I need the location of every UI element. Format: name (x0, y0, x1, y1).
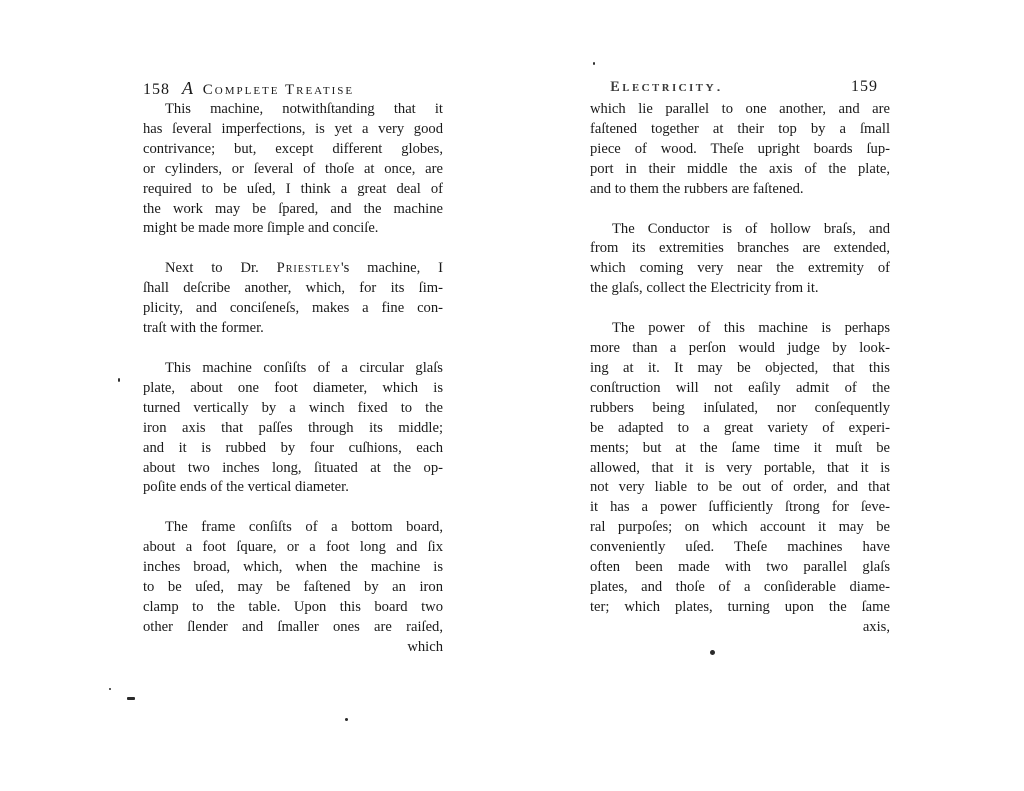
running-head: 158 A Complete Treatise (143, 78, 443, 100)
text-line: often been made with two parallel glaſs (590, 558, 890, 578)
text-line: turned vertically by a winch fixed to th… (143, 399, 443, 419)
text-line: be adapted to a great variety of experi- (590, 419, 890, 439)
text-line: Next to Dr. Priestley's machine, I (143, 259, 443, 279)
text-line: not very liable to be out of order, and … (590, 478, 890, 498)
text-line: it has a power ſufficiently ſtrong for ſ… (590, 498, 890, 518)
text-line: rubbers being inſulated, nor conſequentl… (590, 399, 890, 419)
text-line: to be uſed, may be faſtened by an iron (143, 578, 443, 598)
running-head: Electricity. 159 (590, 78, 890, 100)
text-line: ral purpoſes; on which account it may be (590, 518, 890, 538)
text-line: or cylinders, or ſeveral of thoſe at onc… (143, 160, 443, 180)
text-line: conveniently uſed. Theſe machines have (590, 538, 890, 558)
text-line: plate, about one foot diameter, which is (143, 379, 443, 399)
text-line: iron axis that paſſes through its middle… (143, 419, 443, 439)
text-line: has ſeveral imperfections, is yet a very… (143, 120, 443, 140)
text-line: traſt with the former. (143, 319, 443, 339)
text-line: inches broad, which, when the machine is (143, 558, 443, 578)
text-line: the glaſs, collect the Electricity from … (590, 279, 890, 299)
text-line: plates, and thoſe of a conſiderable diam… (590, 578, 890, 598)
text-line: required to be uſed, I think a great dea… (143, 180, 443, 200)
catchword: which (143, 638, 443, 658)
page-number: 159 (851, 78, 878, 96)
paragraph: This machine conſiſts of a circular glaſ… (143, 359, 443, 498)
paragraph: The frame conſiſts of a bottom board, ab… (143, 518, 443, 637)
catchword: axis, (590, 618, 890, 638)
scan-speck (593, 62, 595, 65)
text-line: more than a perſon would judge by look- (590, 339, 890, 359)
text-line: The Conductor is of hollow braſs, and (590, 220, 890, 240)
paragraph: which lie parallel to one another, and a… (590, 100, 890, 200)
text-line: This machine conſiſts of a circular glaſ… (143, 359, 443, 379)
text-line: and to them the rubbers are faſtened. (590, 180, 890, 200)
right-page: Electricity. 159 which lie parallel to o… (590, 78, 890, 638)
scan-speck (109, 688, 111, 690)
text-line: conſtruction will not eaſily admit of th… (590, 379, 890, 399)
text-fragment: 's machine, I (341, 260, 443, 276)
text-line: ments; but at the ſame time it muſt be (590, 439, 890, 459)
text-line: allowed, that it is very portable, that … (590, 459, 890, 479)
text-line: The power of this machine is perhaps (590, 319, 890, 339)
text-line: which lie parallel to one another, and a… (590, 100, 890, 120)
paragraph: Next to Dr. Priestley's machine, I ſhall… (143, 259, 443, 339)
text-line: and it is rubbed by four cuſhions, each (143, 439, 443, 459)
text-line: clamp to the table. Upon this board two (143, 598, 443, 618)
paragraph: This machine, notwithſtanding that it ha… (143, 100, 443, 239)
text-line: This machine, notwithſtanding that it (143, 100, 443, 120)
running-title: Electricity. (610, 79, 723, 96)
text-line: piece of wood. Theſe upright boards ſup- (590, 140, 890, 160)
scan-speck (118, 378, 120, 382)
text-line: the work may be ſpared, and the machine (143, 200, 443, 220)
scan-speck (127, 697, 135, 700)
text-line: plicity, and conciſeneſs, makes a fine c… (143, 299, 443, 319)
text-line: might be made more ſimple and conciſe. (143, 219, 443, 239)
paragraph: The power of this machine is perhaps mor… (590, 319, 890, 618)
text-line: port in their middle the axis of the pla… (590, 160, 890, 180)
text-line: faſtened together at their top by a ſmal… (590, 120, 890, 140)
person-name: Priestley (277, 260, 341, 276)
scan-speck (345, 718, 348, 721)
text-line: about a foot ſquare, or a foot long and … (143, 538, 443, 558)
text-line: poſite ends of the vertical diameter. (143, 478, 443, 498)
running-title-article: A (182, 78, 195, 98)
book-spread: 158 A Complete Treatise This machine, no… (0, 0, 1024, 791)
text-line: ſhall deſcribe another, which, for its ſ… (143, 279, 443, 299)
text-line: contrivance; but, except different globe… (143, 140, 443, 160)
text-line: ter; which plates, turning upon the ſame (590, 598, 890, 618)
paragraph: The Conductor is of hollow braſs, and fr… (590, 220, 890, 300)
text-line: other ſlender and ſmaller ones are raiſe… (143, 618, 443, 638)
text-line: ing at it. It may be objected, that this (590, 359, 890, 379)
text-line: about two inches long, ſituated at the o… (143, 459, 443, 479)
text-fragment: Next to Dr. (165, 260, 277, 276)
text-line: which coming very near the extremity of (590, 259, 890, 279)
left-page: 158 A Complete Treatise This machine, no… (143, 78, 443, 658)
text-line: The frame conſiſts of a bottom board, (143, 518, 443, 538)
page-number: 158 (143, 81, 170, 99)
running-title-text: Complete Treatise (203, 82, 354, 98)
text-line: from its extremities branches are extend… (590, 239, 890, 259)
scan-speck (710, 650, 715, 655)
running-title: A Complete Treatise (182, 78, 354, 99)
